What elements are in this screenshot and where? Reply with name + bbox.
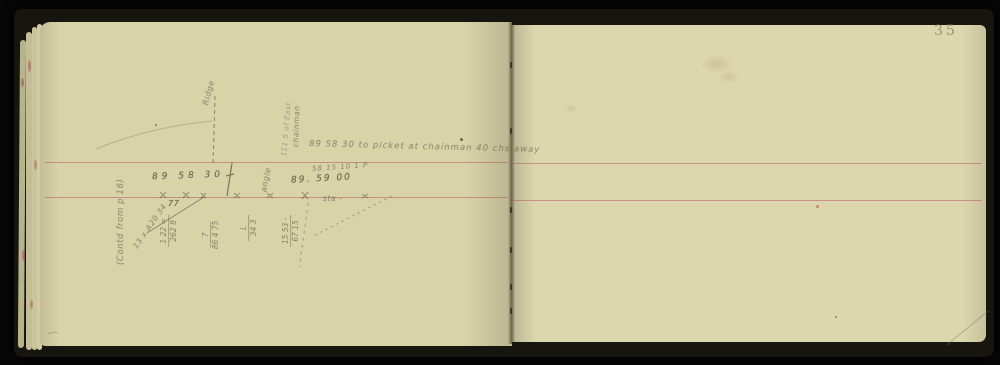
edge-speckle	[34, 160, 37, 170]
fraction-numerator: L	[239, 215, 249, 241]
ink-speck	[835, 316, 837, 318]
ruled-line	[45, 197, 508, 198]
stitch	[510, 308, 512, 314]
edge-speckle	[28, 60, 31, 72]
fraction-computation-2: 7 86 4 75	[201, 213, 221, 257]
fraction-numerator: 15 53 -	[281, 215, 291, 248]
fraction-numerator: 1 22 =	[159, 215, 169, 246]
station-note-line1: chainman	[291, 105, 301, 147]
notebook-scan: Ridge chainman 111 S of East 89 58 30 to…	[0, 0, 1000, 365]
stain	[718, 70, 740, 84]
ink-speck	[155, 124, 157, 126]
edge-speckle	[22, 250, 25, 261]
stitch	[510, 128, 512, 134]
stitch	[510, 247, 512, 253]
fraction-computation-1: 1 22 = 262 8	[159, 209, 179, 253]
edge-speckle	[30, 300, 33, 309]
binding-gutter	[508, 22, 515, 344]
fraction-denominator: 86 4 75	[212, 213, 221, 257]
stitch	[510, 62, 512, 68]
fraction-denominator: 34 3	[250, 206, 259, 250]
continued-note: (Contd from p 16)	[116, 179, 126, 265]
stain	[563, 104, 579, 113]
ruled-line	[513, 200, 982, 201]
stitch	[510, 284, 512, 290]
right-page	[512, 25, 986, 342]
edge-speckle	[21, 78, 24, 87]
page-number: 35	[934, 23, 958, 39]
fraction-numerator: 7	[201, 222, 211, 248]
ruled-line	[513, 163, 982, 164]
fraction-computation-4: 15 53 - 67 15	[281, 209, 301, 253]
fraction-denominator: 262 8	[170, 209, 179, 253]
left-page	[40, 22, 512, 346]
station-label: sta -	[323, 194, 343, 203]
fraction-computation-3: L 34 3	[239, 206, 259, 250]
distance-77: 77	[168, 199, 179, 208]
fraction-denominator: 67 15	[292, 209, 301, 253]
rust-speck	[816, 205, 819, 208]
ruled-line	[45, 162, 508, 163]
ink-speck	[460, 138, 463, 141]
stitch	[510, 207, 512, 213]
